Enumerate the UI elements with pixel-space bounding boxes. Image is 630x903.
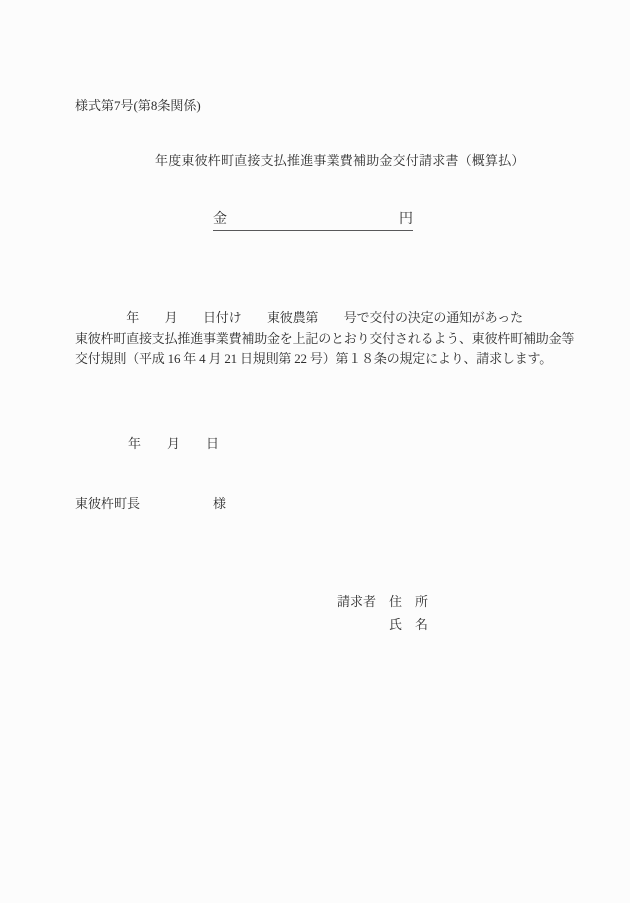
body-line-1: 年 月 日付け 東彼農第 号で交付の決定の通知があった: [75, 308, 575, 329]
requester-name-label: 氏 名: [389, 614, 428, 633]
date-fill-in-line: 年 月 日: [128, 433, 219, 452]
requester-address-label: 住 所: [389, 591, 428, 610]
body-line-3: 交付規則（平成 16 年 4 月 21 日規則第 22 号）第１８条の規定により…: [75, 349, 575, 370]
amount-field: 金 円: [213, 206, 413, 231]
request-body-paragraph: 年 月 日付け 東彼農第 号で交付の決定の通知があった 東彼杵町直接支払推進事業…: [75, 308, 575, 370]
form-number: 様式第7号(第8条関係): [75, 95, 201, 114]
page-title: 年度東彼杵町直接支払推進事業費補助金交付請求書（概算払）: [155, 150, 525, 169]
addressee-honorific: 様: [213, 493, 226, 512]
addressee-title: 東彼杵町長: [75, 493, 140, 512]
amount-currency-suffix: 円: [399, 210, 413, 230]
amount-currency-prefix: 金: [213, 210, 227, 230]
document-page: 様式第7号(第8条関係) 年度東彼杵町直接支払推進事業費補助金交付請求書（概算払…: [0, 0, 630, 903]
body-line-2: 東彼杵町直接支払推進事業費補助金を上記のとおり交付されるよう、東彼杵町補助金等: [75, 329, 575, 350]
requester-label: 請求者: [337, 591, 376, 610]
